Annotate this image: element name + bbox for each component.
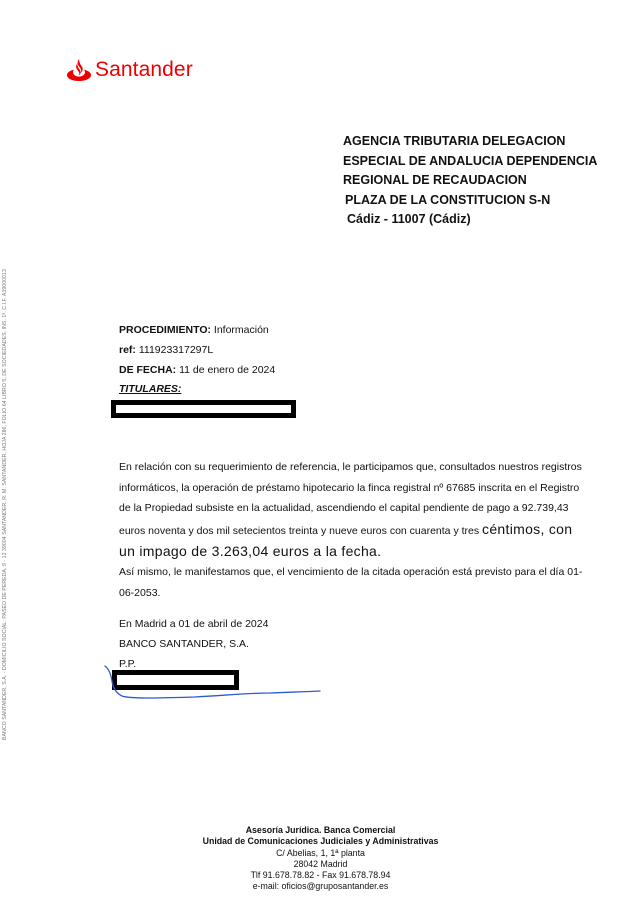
letter-body: En relación con su requerimiento de refe… — [119, 457, 609, 603]
body-line: 06-2053. — [119, 583, 609, 604]
procedimiento-label: PROCEDIMIENTO: — [119, 324, 211, 336]
body-line: informáticos, la operación de préstamo h… — [119, 478, 609, 499]
recipient-line: REGIONAL DE RECAUDACION — [343, 171, 597, 191]
body-line: de la Propiedad subsiste en la actualida… — [119, 498, 609, 519]
titulares-label: TITULARES: — [119, 383, 181, 395]
procedure-meta: PROCEDIMIENTO: Información ref: 11192331… — [119, 321, 275, 400]
recipient-address: AGENCIA TRIBUTARIA DELEGACION ESPECIAL D… — [343, 132, 597, 230]
ref-row: ref: 111923317297L — [119, 341, 275, 361]
redacted-signatory — [112, 670, 239, 690]
procedimiento-row: PROCEDIMIENTO: Información — [119, 321, 275, 341]
recipient-line: AGENCIA TRIBUTARIA DELEGACION — [343, 132, 597, 152]
footer-street: C/ Abelias, 1, 1ª planta — [0, 848, 641, 859]
body-line: euros noventa y dos mil setecientos trei… — [119, 519, 609, 542]
fecha-label: DE FECHA: — [119, 364, 176, 376]
recipient-line: Cádiz - 11007 (Cádiz) — [343, 210, 597, 230]
procedimiento-value: Información — [214, 324, 269, 336]
fecha-row: DE FECHA: 11 de enero de 2024 — [119, 361, 275, 381]
santander-logo: Santander — [66, 58, 193, 82]
body-line-text: euros noventa y dos mil setecientos trei… — [119, 525, 482, 537]
brand-name: Santander — [95, 58, 193, 82]
footer-phone-fax: Tlf 91.678.78.82 - Fax 91.678.78.94 — [0, 870, 641, 881]
flame-icon — [66, 58, 92, 82]
company-name: BANCO SANTANDER, S.A. — [119, 634, 268, 654]
body-line-large-text: céntimos, con — [482, 521, 572, 537]
recipient-line: PLAZA DE LA CONSTITUCION S-N — [343, 191, 597, 211]
body-line: En relación con su requerimiento de refe… — [119, 457, 609, 478]
body-line: Así mismo, le manifestamos que, el venci… — [119, 562, 609, 583]
place-date: En Madrid a 01 de abril de 2024 — [119, 614, 268, 634]
fecha-value: 11 de enero de 2024 — [179, 364, 275, 376]
footer-city: 28042 Madrid — [0, 859, 641, 870]
titulares-row: TITULARES: — [119, 380, 275, 400]
footer-unit: Unidad de Comunicaciones Judiciales y Ad… — [0, 836, 641, 847]
footer-department: Asesoría Jurídica. Banca Comercial — [0, 825, 641, 836]
footer-contact: Asesoría Jurídica. Banca Comercial Unida… — [0, 825, 641, 893]
ref-value: 111923317297L — [139, 344, 213, 356]
closing-block: En Madrid a 01 de abril de 2024 BANCO SA… — [119, 614, 268, 674]
recipient-line: ESPECIAL DE ANDALUCIA DEPENDENCIA — [343, 152, 597, 172]
side-legal-text: BANCO SANTANDER, S.A. - DOMICILIO SOCIAL… — [2, 140, 8, 740]
redacted-titulares — [111, 400, 296, 418]
impago-line: un impago de 3.263,04 euros a la fecha. — [119, 541, 609, 562]
ref-label: ref: — [119, 344, 136, 356]
footer-email: e-mail: oficios@gruposantander.es — [0, 881, 641, 892]
